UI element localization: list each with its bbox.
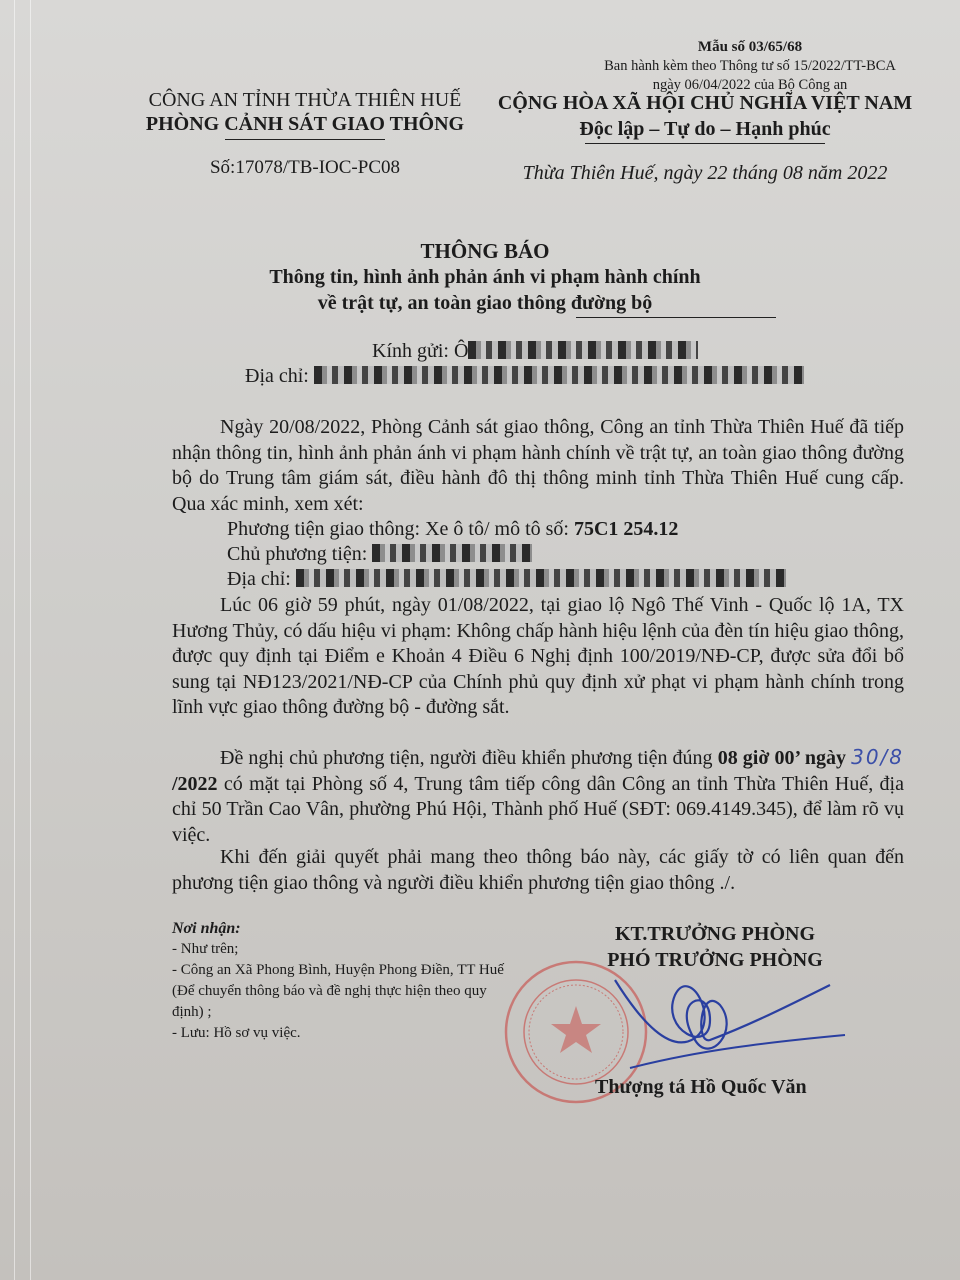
- recipient-label: Kính gửi: Ô: [372, 340, 468, 362]
- vehicle-line: Phương tiện giao thông: Xe ô tô/ mô tô s…: [172, 517, 959, 543]
- place-date: Thừa Thiên Huế, ngày 22 tháng 08 năm 202…: [500, 162, 910, 185]
- recipient-item: - Như trên;: [172, 939, 512, 960]
- signature-icon: [600, 960, 850, 1070]
- national-motto: Độc lập – Tự do – Hạnh phúc: [480, 116, 930, 142]
- recipient-item: - Lưu: Hồ sơ vụ việc.: [172, 1023, 512, 1044]
- recipient-address-label: Địa chỉ:: [245, 365, 314, 387]
- paragraph-requirements: Khi đến giải quyết phải mang theo thông …: [172, 845, 904, 896]
- department-underline: [225, 139, 385, 140]
- issuing-agency: CÔNG AN TỈNH THỪA THIÊN HUẾ PHÒNG CẢNH S…: [120, 88, 490, 140]
- summons-year: /2022: [172, 773, 218, 795]
- form-meta: Mẫu số 03/65/68 Ban hành kèm theo Thông …: [560, 38, 940, 95]
- signature-block: KT.TRƯỞNG PHÒNG PHÓ TRƯỞNG PHÒNG: [560, 921, 870, 973]
- document-title: THÔNG BÁO Thông tin, hình ảnh phản ánh v…: [180, 238, 790, 318]
- nation-name: CỘNG HÒA XÃ HỘI CHỦ NGHĨA VIỆT NAM: [480, 90, 930, 116]
- redacted-owner-address: [296, 569, 786, 587]
- paragraph-violation: Lúc 06 giờ 59 phút, ngày 01/08/2022, tại…: [172, 593, 904, 721]
- form-issued-with: Ban hành kèm theo Thông tư số 15/2022/TT…: [560, 57, 940, 76]
- owner-line: Chủ phương tiện:: [172, 542, 959, 568]
- signatory-position: PHÓ TRƯỞNG PHÒNG: [560, 947, 870, 973]
- title-line-1: Thông tin, hình ảnh phản ánh vi phạm hàn…: [180, 264, 790, 290]
- recipient-address-line: Địa chỉ:: [245, 365, 804, 388]
- vehicle-plate: 75C1 254.12: [574, 518, 678, 540]
- recipients-list: Nơi nhận: - Như trên; - Công an Xã Phong…: [172, 918, 512, 1044]
- recipient-item: - Công an Xã Phong Bình, Huyện Phong Điề…: [172, 960, 512, 1023]
- title-underline: [576, 317, 776, 318]
- title-main: THÔNG BÁO: [180, 238, 790, 264]
- handwritten-date: 30/8: [851, 745, 904, 769]
- owner-label: Chủ phương tiện:: [227, 543, 372, 565]
- redacted-owner: [372, 544, 532, 562]
- vehicle-label: Phương tiện giao thông: Xe ô tô/ mô tô s…: [227, 518, 574, 540]
- form-number: Mẫu số 03/65/68: [560, 38, 940, 57]
- signer-name: Thượng tá Hồ Quốc Văn: [595, 1076, 807, 1099]
- document-number: Số:17078/TB-IOC-PC08: [120, 157, 490, 179]
- summons-text: Đề nghị chủ phương tiện, người điều khiể…: [220, 747, 718, 769]
- title-line-2: về trật tự, an toàn giao thông đường bộ: [180, 290, 790, 316]
- motto-underline: [585, 143, 825, 144]
- recipients-heading: Nơi nhận:: [172, 918, 512, 939]
- summons-time: 08 giờ 00’ ngày: [718, 747, 846, 769]
- signatory-title: KT.TRƯỞNG PHÒNG: [560, 921, 870, 947]
- redacted-address: [314, 366, 804, 384]
- paragraph-intro: Ngày 20/08/2022, Phòng Cảnh sát giao thô…: [172, 415, 904, 517]
- recipient-line: Kính gửi: Ô: [372, 340, 698, 363]
- summons-location: có mặt tại Phòng số 4, Trung tâm tiếp cô…: [172, 773, 904, 846]
- page-edge-line: [14, 0, 15, 1280]
- paragraph-summons: Đề nghị chủ phương tiện, người điều khiể…: [172, 745, 904, 848]
- page-edge-line: [30, 0, 31, 1280]
- redacted-name: [468, 341, 698, 359]
- department-name: PHÒNG CẢNH SÁT GIAO THÔNG: [120, 112, 490, 136]
- national-header: CỘNG HÒA XÃ HỘI CHỦ NGHĨA VIỆT NAM Độc l…: [480, 90, 930, 144]
- owner-address-line: Địa chỉ:: [172, 567, 959, 593]
- agency-name: CÔNG AN TỈNH THỪA THIÊN HUẾ: [120, 88, 490, 112]
- owner-address-label: Địa chỉ:: [227, 568, 296, 590]
